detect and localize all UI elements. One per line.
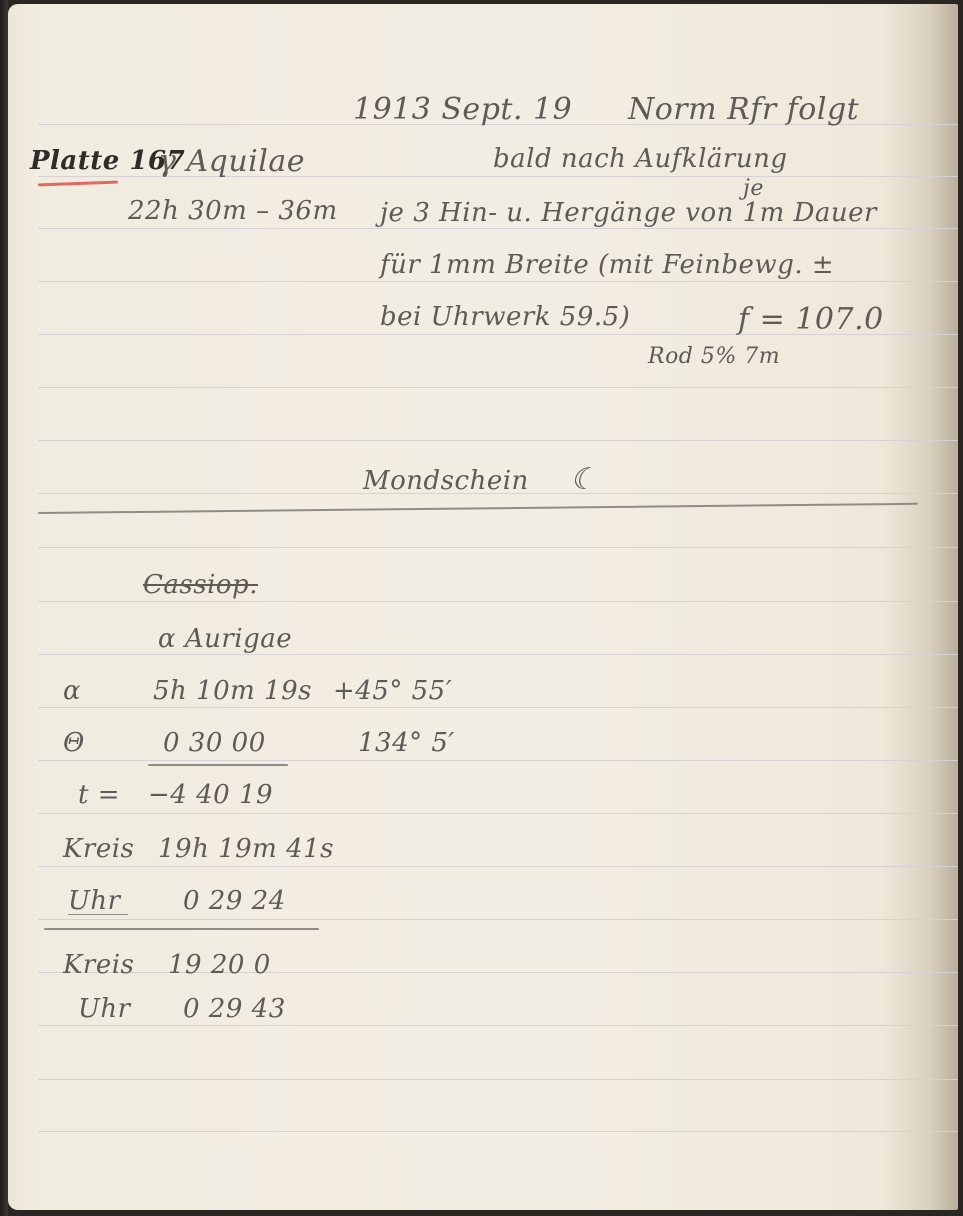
row-values-uhr-1: 0 29 24 — [183, 886, 286, 916]
row-values-t: −4 40 19 — [148, 780, 273, 810]
focus-value: f = 107.0 — [738, 302, 884, 337]
ruled-line — [38, 866, 958, 867]
row-extra-alpha: +45° 55′ — [333, 676, 452, 706]
row-values-kreis-1: 19h 19m 41s — [158, 834, 334, 864]
header-note: Norm Rfr folgt — [628, 92, 859, 127]
entry-line-2: je 3 Hin- u. Hergänge von 1m Dauer — [380, 198, 877, 228]
row-label-uhr-1: Uhr — [68, 886, 121, 916]
ruled-line — [38, 440, 958, 441]
moon-symbol: ☾ — [570, 462, 597, 497]
row-label-uhr-2: Uhr — [78, 994, 131, 1024]
entry-line-1: bald nach Aufklärung — [493, 144, 787, 174]
row-extra-theta: 134° 5′ — [358, 728, 455, 758]
section-divider-line — [38, 503, 918, 514]
ruled-line — [38, 387, 958, 388]
crossed-out-star: Cassiop. — [143, 570, 258, 600]
ruled-line — [38, 813, 958, 814]
uhr-label-underline — [68, 914, 128, 915]
ruled-line — [38, 281, 958, 282]
ruled-line — [38, 654, 958, 655]
star-name: γ Aquilae — [158, 144, 305, 179]
ruled-line — [38, 547, 958, 548]
theta-underline — [148, 764, 288, 766]
row-label-theta: Θ — [63, 728, 85, 758]
entry-line-4: bei Uhrwerk 59.5) — [380, 302, 630, 332]
calc-star-name: α Aurigae — [158, 624, 292, 654]
entry-line-3: für 1mm Breite (mit Feinbewg. ± — [380, 250, 834, 280]
row-label-kreis-2: Kreis — [63, 950, 134, 980]
calc-sum-line — [44, 928, 319, 930]
row-values-theta: 0 30 00 — [163, 728, 266, 758]
row-values-kreis-2: 19 20 0 — [168, 950, 271, 980]
ruled-line — [38, 760, 958, 761]
ruled-line — [38, 707, 958, 708]
row-label-t: t = — [78, 780, 120, 810]
entry-date: 1913 Sept. 19 — [353, 92, 572, 127]
row-label-alpha: α — [63, 676, 81, 706]
row-values-alpha: 5h 10m 19s — [153, 676, 312, 706]
ruled-line — [38, 228, 958, 229]
exposure-time: 22h 30m – 36m — [128, 196, 338, 226]
ruled-line — [38, 601, 958, 602]
ruled-line — [38, 1025, 958, 1026]
ruled-line — [38, 1079, 958, 1080]
notebook-page: 1913 Sept. 19 Norm Rfr folgt Platte 167 … — [8, 4, 958, 1210]
ruled-line — [38, 919, 958, 920]
row-values-uhr-2: 0 29 43 — [183, 994, 286, 1024]
row-label-kreis-1: Kreis — [63, 834, 134, 864]
focus-note: Rod 5% 7m — [648, 344, 780, 369]
plate-label-red-underline — [38, 181, 118, 187]
section-title: Mondschein — [363, 466, 529, 496]
notebook-binding — [0, 0, 8, 1216]
ruled-line — [38, 1131, 958, 1132]
